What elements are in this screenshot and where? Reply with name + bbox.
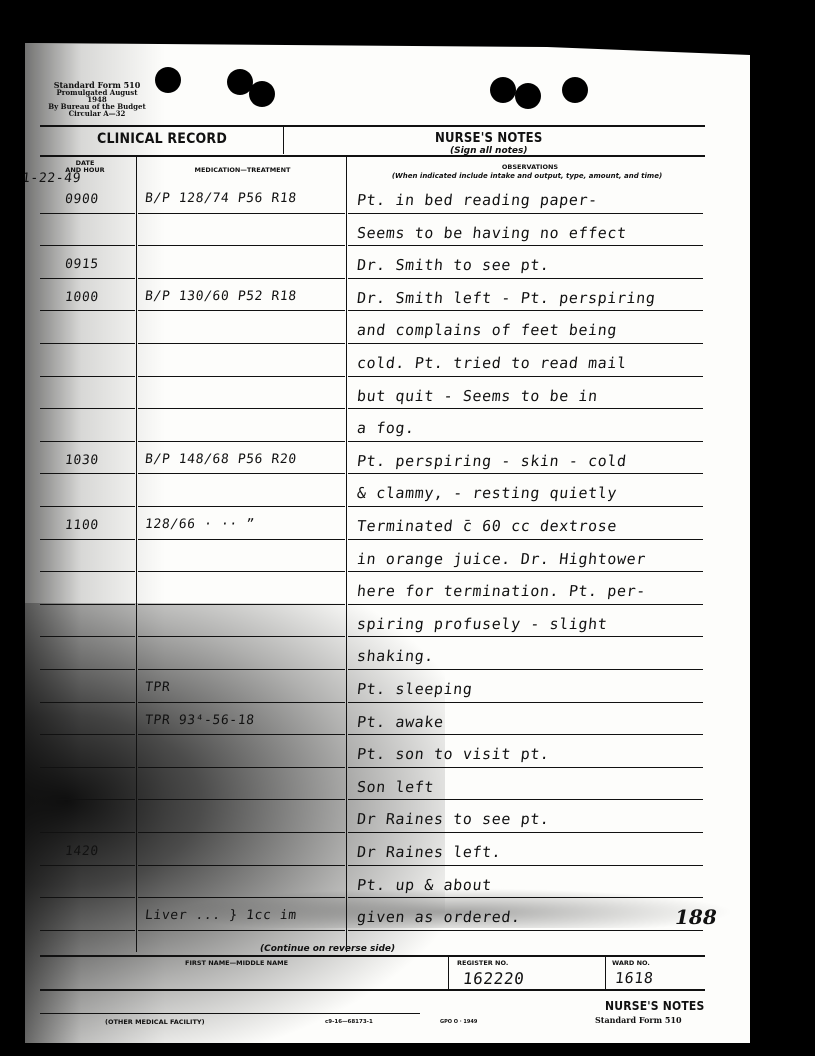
footer-form-title: NURSE'S NOTES	[605, 999, 704, 1013]
observation-cell: Pt. perspiring - skin - cold	[356, 452, 628, 470]
ward-value: 1618	[614, 969, 654, 987]
row-line	[138, 213, 345, 214]
row-line	[348, 245, 703, 246]
row-line	[348, 343, 703, 344]
observation-cell: Dr. Smith to see pt.	[356, 256, 551, 274]
row-line	[348, 539, 703, 540]
row-line	[348, 376, 703, 377]
row-line	[348, 897, 703, 898]
divider	[605, 957, 606, 989]
observation-cell: and complains of feet being	[356, 321, 618, 339]
row-line	[348, 636, 703, 637]
row-line	[348, 702, 703, 703]
row-line	[348, 865, 703, 866]
row-line	[348, 669, 703, 670]
name-label: FIRST NAME—MIDDLE NAME	[185, 959, 288, 967]
observation-cell: cold. Pt. tried to read mail	[356, 354, 628, 372]
row-line	[138, 604, 345, 605]
record-date: 1-22-49	[21, 171, 82, 186]
page-number: 188	[675, 905, 717, 929]
divider	[40, 989, 705, 991]
row-line	[138, 506, 345, 507]
column-divider	[346, 157, 347, 952]
row-line	[348, 604, 703, 605]
punch-hole	[155, 67, 181, 93]
row-line	[40, 506, 135, 507]
medication-cell: Liver ... } 1cc im	[144, 908, 297, 923]
row-line	[348, 213, 703, 214]
row-line	[348, 930, 703, 931]
ward-label: WARD NO.	[612, 959, 650, 967]
register-label: REGISTER NO.	[457, 959, 508, 967]
row-line	[348, 506, 703, 507]
medication-cell: TPR	[144, 680, 171, 695]
row-line	[40, 278, 135, 279]
row-line	[40, 930, 135, 931]
clinical-record-title: CLINICAL RECORD	[97, 131, 227, 147]
row-line	[40, 539, 135, 540]
divider	[40, 125, 705, 127]
row-line	[138, 571, 345, 572]
medication-cell: B/P 128/74 P56 R18	[144, 191, 297, 206]
row-line	[138, 636, 345, 637]
row-line	[348, 441, 703, 442]
row-line	[40, 767, 135, 768]
row-line	[348, 799, 703, 800]
punch-hole	[515, 83, 541, 109]
row-line	[138, 832, 345, 833]
print-code: c9-16—68173-1	[325, 1019, 373, 1025]
observation-cell: Dr. Smith left - Pt. perspiring	[356, 289, 656, 307]
facility-label: (OTHER MEDICAL FACILITY)	[105, 1018, 205, 1026]
row-line	[40, 897, 135, 898]
row-line	[138, 278, 345, 279]
row-line	[40, 408, 135, 409]
form-identifier: Standard Form 510 Promulgated August 194…	[47, 82, 147, 117]
medication-cell: B/P 130/60 P52 R18	[144, 289, 297, 304]
row-line	[40, 865, 135, 866]
observation-cell: a fog.	[356, 419, 416, 437]
divider	[448, 957, 449, 989]
row-line	[40, 799, 135, 800]
row-line	[138, 310, 345, 311]
row-line	[348, 310, 703, 311]
observation-cell: Pt. sleeping	[356, 680, 473, 698]
gpo-code: GPO O · 1949	[440, 1019, 477, 1025]
observation-cell: Dr Raines left.	[356, 843, 502, 861]
observation-cell: & clammy, - resting quietly	[356, 484, 618, 502]
footer-form-number: Standard Form 510	[595, 1015, 682, 1025]
row-line	[40, 669, 135, 670]
row-line	[40, 343, 135, 344]
divider	[40, 1013, 420, 1014]
row-line	[138, 539, 345, 540]
observation-cell: here for termination. Pt. per-	[356, 582, 647, 600]
observation-cell: shaking.	[356, 647, 435, 665]
row-line	[138, 767, 345, 768]
row-line	[138, 930, 345, 931]
register-value: 162220	[462, 969, 525, 988]
row-line	[348, 408, 703, 409]
divider	[40, 155, 705, 157]
observation-cell: given as ordered.	[356, 908, 522, 926]
observation-cell: Seems to be having no effect	[356, 224, 628, 242]
row-line	[40, 473, 135, 474]
observations-header: OBSERVATIONS	[355, 164, 705, 171]
row-line	[138, 473, 345, 474]
row-line	[40, 310, 135, 311]
observation-cell: in orange juice. Dr. Hightower	[356, 550, 647, 568]
row-line	[40, 245, 135, 246]
time-cell: 1100	[64, 518, 99, 533]
row-line	[138, 441, 345, 442]
row-line	[348, 832, 703, 833]
row-line	[40, 702, 135, 703]
row-line	[40, 832, 135, 833]
medication-cell: TPR 93⁴-56-18	[144, 713, 255, 728]
observation-cell: Terminated ̄c 60 cc dextrose	[356, 517, 618, 535]
row-line	[138, 734, 345, 735]
observation-cell: Pt. son to visit pt.	[356, 745, 551, 763]
row-line	[40, 213, 135, 214]
observation-cell: spiring profusely - slight	[356, 615, 608, 633]
row-line	[348, 734, 703, 735]
punch-hole	[249, 81, 275, 107]
observation-cell: Pt. awake	[356, 713, 445, 731]
divider	[283, 127, 284, 154]
medication-cell: 128/66 · ·· ”	[144, 517, 255, 532]
time-cell: 1030	[64, 453, 99, 468]
promulgated-date: Promulgated August 1948	[47, 89, 147, 103]
punch-hole	[490, 77, 516, 103]
row-line	[138, 376, 345, 377]
time-cell: 1420	[64, 844, 99, 859]
row-line	[348, 278, 703, 279]
row-line	[40, 636, 135, 637]
row-line	[40, 604, 135, 605]
row-line	[138, 408, 345, 409]
row-line	[40, 571, 135, 572]
circular: Circular A—32	[47, 110, 147, 117]
observations-hint: (When indicated include intake and outpu…	[347, 172, 707, 180]
row-line	[138, 865, 345, 866]
medication-header: MEDICATION—TREATMENT	[145, 167, 340, 174]
observation-cell: Dr Raines to see pt.	[356, 810, 551, 828]
row-line	[40, 734, 135, 735]
row-line	[348, 767, 703, 768]
time-cell: 0915	[64, 257, 99, 272]
observation-cell: but quit - Seems to be in	[356, 387, 599, 405]
row-line	[40, 376, 135, 377]
punch-hole	[562, 77, 588, 103]
row-line	[40, 441, 135, 442]
time-cell: 1000	[64, 290, 99, 305]
clinical-record-page: Standard Form 510 Promulgated August 194…	[25, 43, 750, 1043]
continue-note: (Continue on reverse side)	[260, 944, 395, 954]
observation-cell: Pt. up & about	[356, 876, 493, 894]
row-line	[138, 897, 345, 898]
row-line	[138, 799, 345, 800]
observation-cell: Son left	[356, 778, 435, 796]
row-line	[138, 245, 345, 246]
row-line	[348, 571, 703, 572]
row-line	[138, 702, 345, 703]
row-line	[138, 669, 345, 670]
observation-cell: Pt. in bed reading paper-	[356, 191, 599, 209]
row-line	[348, 473, 703, 474]
medication-cell: B/P 148/68 P56 R20	[144, 452, 297, 467]
column-divider	[136, 157, 137, 952]
time-cell: 0900	[64, 192, 99, 207]
row-line	[138, 343, 345, 344]
nurses-notes-title: NURSE'S NOTES	[435, 131, 543, 146]
